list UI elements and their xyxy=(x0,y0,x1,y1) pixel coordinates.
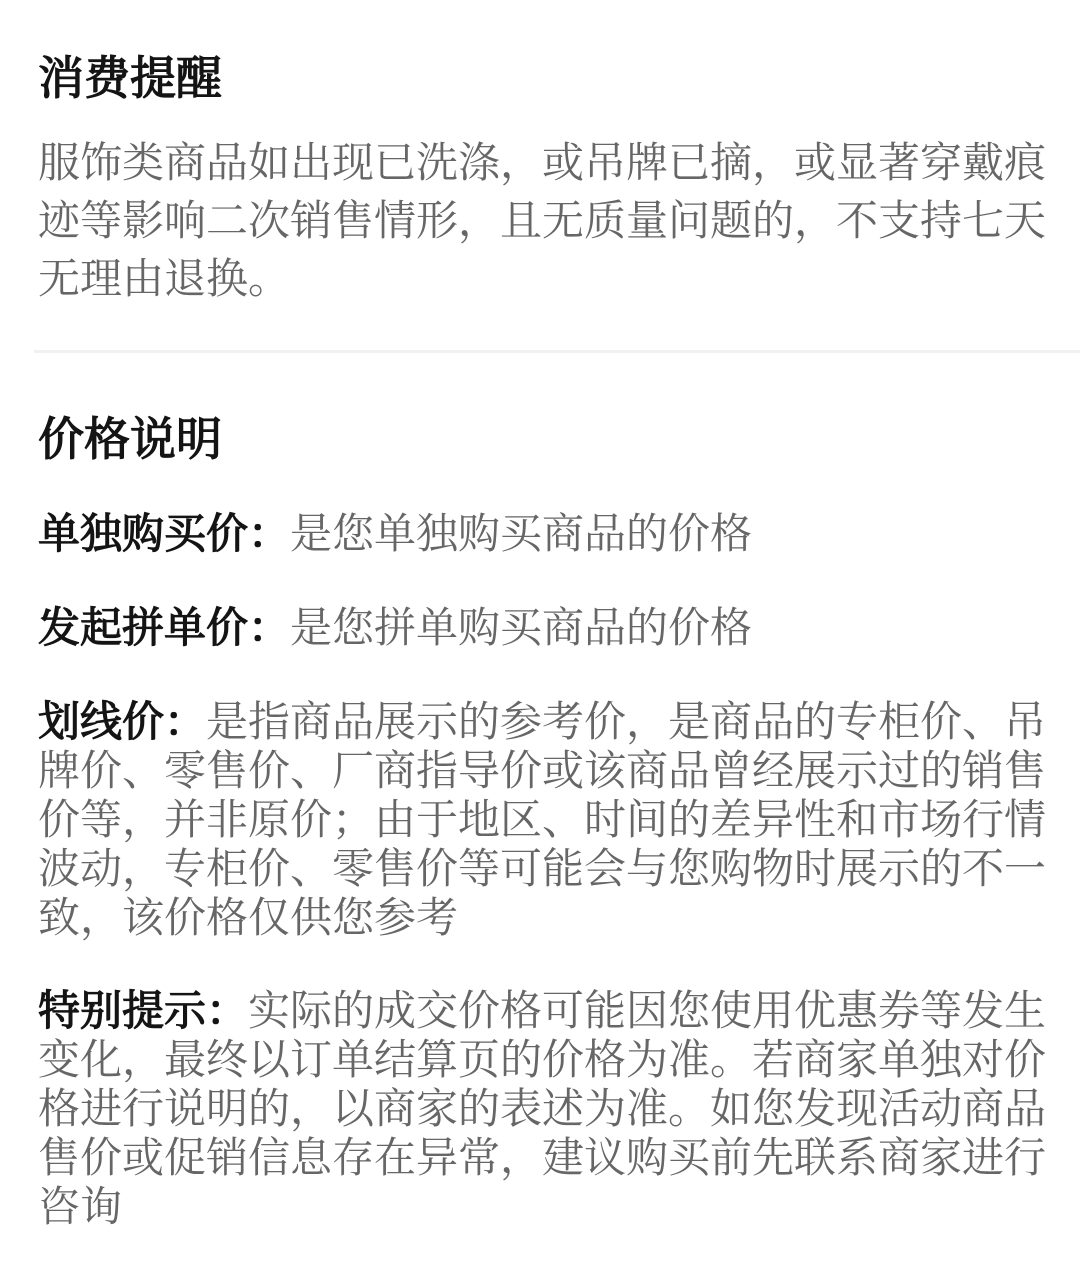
price-explanation-title: 价格说明 xyxy=(38,413,1050,465)
consumer-notice-section: 消费提醒 服饰类商品如出现已洗涤，或吊牌已摘，或显著穿戴痕 迹等影响二次销售情形… xyxy=(38,52,1050,308)
single-purchase-price-text: 是您单独购买商品的价格 xyxy=(290,510,752,557)
special-note-paragraph: 特别提示：实际的成交价格可能因您使用优惠券等发生 变化，最终以订单结算页的价格为… xyxy=(38,986,1050,1231)
strikethrough-price-label: 划线价： xyxy=(38,698,206,745)
strikethrough-price-paragraph: 划线价：是指商品展示的参考价，是商品的专柜价、吊 牌价、零售价、厂商指导价或该商… xyxy=(38,697,1050,942)
product-info-page: 消费提醒 服饰类商品如出现已洗涤，或吊牌已摘，或显著穿戴痕 迹等影响二次销售情形… xyxy=(0,0,1080,1279)
section-divider xyxy=(34,350,1080,353)
single-purchase-price-line: 单独购买价：是您单独购买商品的价格 xyxy=(38,509,1050,559)
price-explanation-section: 价格说明 单独购买价：是您单独购买商品的价格 发起拼单价：是您拼单购买商品的价格… xyxy=(38,413,1050,1231)
group-order-price-line: 发起拼单价：是您拼单购买商品的价格 xyxy=(38,603,1050,653)
special-note-label: 特别提示： xyxy=(38,987,248,1034)
group-order-price-label: 发起拼单价： xyxy=(38,604,290,651)
consumer-notice-title: 消费提醒 xyxy=(38,52,1050,104)
single-purchase-price-label: 单独购买价： xyxy=(38,510,290,557)
group-order-price-text: 是您拼单购买商品的价格 xyxy=(290,604,752,651)
consumer-notice-body: 服饰类商品如出现已洗涤，或吊牌已摘，或显著穿戴痕 迹等影响二次销售情形，且无质量… xyxy=(38,134,1050,308)
